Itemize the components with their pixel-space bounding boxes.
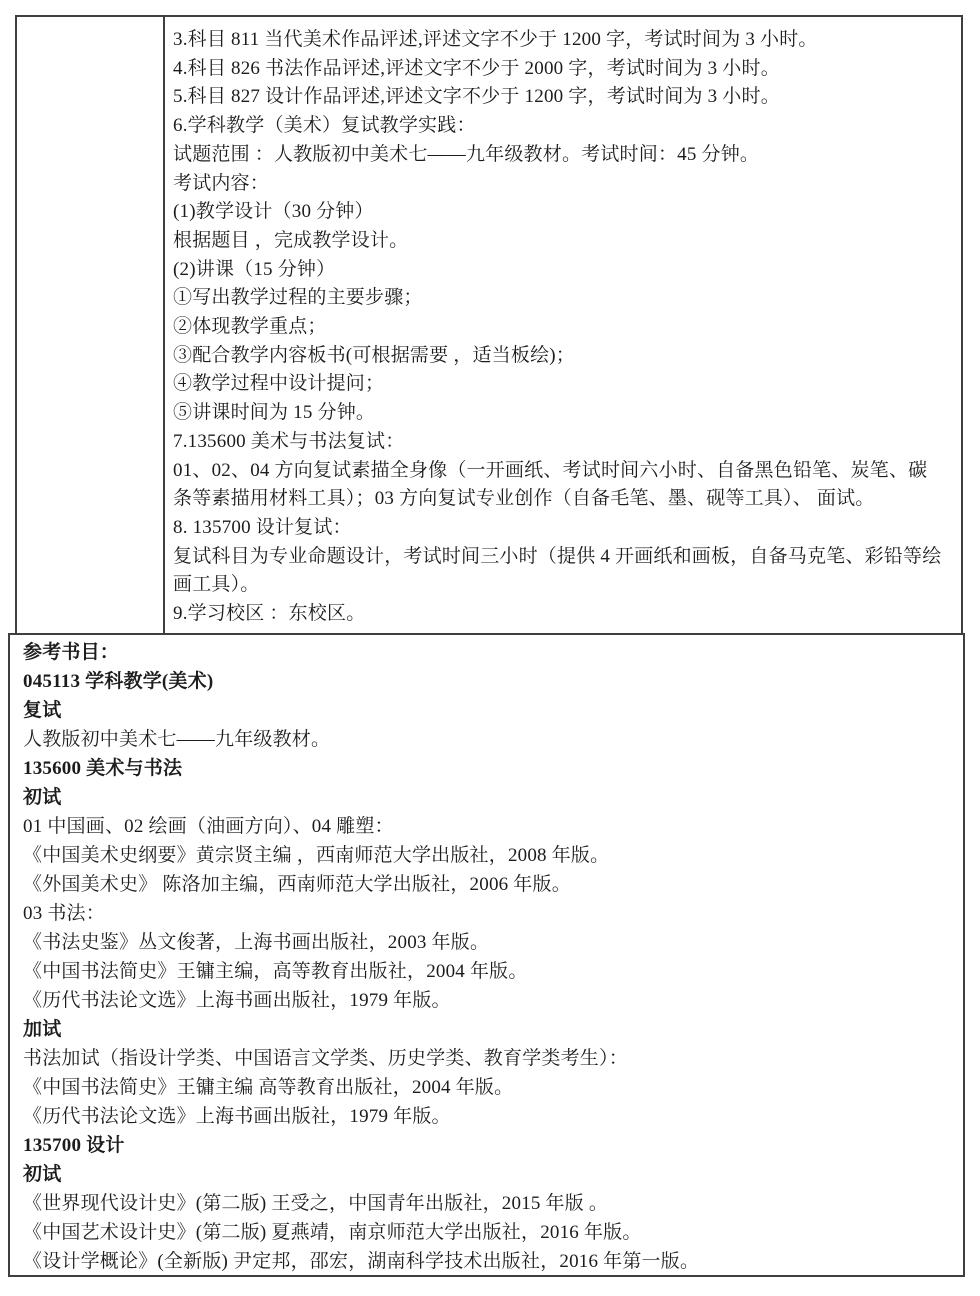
text-line: 人教版初中美术七——九年级教材。 [23,725,957,754]
text-line: 《世界现代设计史》(第二版) 王受之，中国青年出版社，2015 年版 。 [23,1189,957,1218]
text-line: 条等素描用材料工具）；03 方向复试专业创作（自备毛笔、墨、砚等工具）、 面试。 [173,485,957,514]
exam-requirements-table: 3.科目 811 当代美术作品评述,评述文字不少于 1200 字，考试时间为 3… [15,15,963,633]
text-line: 4.科目 826 书法作品评述,评述文字不少于 2000 字，考试时间为 3 小… [173,55,957,84]
text-line: 初试 [23,1160,957,1189]
text-line: 《设计学概论》(全新版) 尹定邦，邵宏，湖南科学技术出版社，2016 年第一版。 [23,1247,957,1276]
text-line: 初试 [23,783,957,812]
text-line: 《书法史鉴》丛文俊著，上海书画出版社，2003 年版。 [23,928,957,957]
text-line: ⑤讲课时间为 15 分钟。 [173,399,957,428]
text-line: 9.学习校区 ：东校区。 [173,600,957,629]
text-line: 045113 学科教学(美术) [23,667,957,696]
text-line: 复试 [23,696,957,725]
text-line: 《历代书法论文选》上海书画出版社，1979 年版。 [23,986,957,1015]
text-line: 135700 设计 [23,1131,957,1160]
reference-books-section: 参考书目：045113 学科教学(美术)复试人教版初中美术七——九年级教材。13… [8,633,965,1277]
text-line: 135600 美术与书法 [23,754,957,783]
text-line: 加试 [23,1015,957,1044]
text-line: 3.科目 811 当代美术作品评述,评述文字不少于 1200 字，考试时间为 3… [173,26,957,55]
exam-table-left-cell [17,17,165,633]
text-line: 《外国美术史》 陈洛加主编，西南师范大学出版社，2006 年版。 [23,870,957,899]
exam-table-right-cell: 3.科目 811 当代美术作品评述,评述文字不少于 1200 字，考试时间为 3… [165,17,961,633]
text-line: 考试内容： [173,170,957,199]
text-line: 7.135600 美术与书法复试： [173,428,957,457]
text-line: ①写出教学过程的主要步骤； [173,284,957,313]
text-line: 《中国美术史纲要》黄宗贤主编 ，西南师范大学出版社，2008 年版。 [23,841,957,870]
text-line: ③配合教学内容板书(可根据需要 ，适当板绘)； [173,342,957,371]
text-line: ②体现教学重点； [173,313,957,342]
text-line: 01、02、04 方向复试素描全身像（一开画纸、考试时间六小时、自备黑色铅笔、炭… [173,457,957,486]
text-line: 复试科目为专业命题设计，考试时间三小时（提供 4 开画纸和画板，自备马克笔、彩铅… [173,543,957,572]
text-line: (1)教学设计（30 分钟） [173,198,957,227]
text-line: ④教学过程中设计提问； [173,370,957,399]
text-line: 根据题目 ，完成教学设计。 [173,227,957,256]
text-line: 8. 135700 设计复试： [173,514,957,543]
text-line: 5.科目 827 设计作品评述,评述文字不少于 1200 字，考试时间为 3 小… [173,83,957,112]
text-line: 《中国艺术设计史》(第二版) 夏燕靖，南京师范大学出版社，2016 年版。 [23,1218,957,1247]
text-line: 画工具）。 [173,571,957,600]
text-line: (2)讲课（15 分钟） [173,256,957,285]
text-line: 03 书法： [23,899,957,928]
text-line: 参考书目： [23,638,957,667]
text-line: 01 中国画、02 绘画（油画方向）、04 雕塑： [23,812,957,841]
text-line: 书法加试（指设计学类、中国语言文学类、历史学类、教育学类考生）： [23,1044,957,1073]
text-line: 《历代书法论文选》上海书画出版社，1979 年版。 [23,1102,957,1131]
text-line: 《中国书法简史》王镛主编 高等教育出版社，2004 年版。 [23,1073,957,1102]
text-line: 6.学科教学（美术）复试教学实践： [173,112,957,141]
text-line: 试题范围 ：人教版初中美术七——九年级教材。考试时间：45 分钟。 [173,141,957,170]
text-line: 《中国书法简史》王镛主编，高等教育出版社，2004 年版。 [23,957,957,986]
